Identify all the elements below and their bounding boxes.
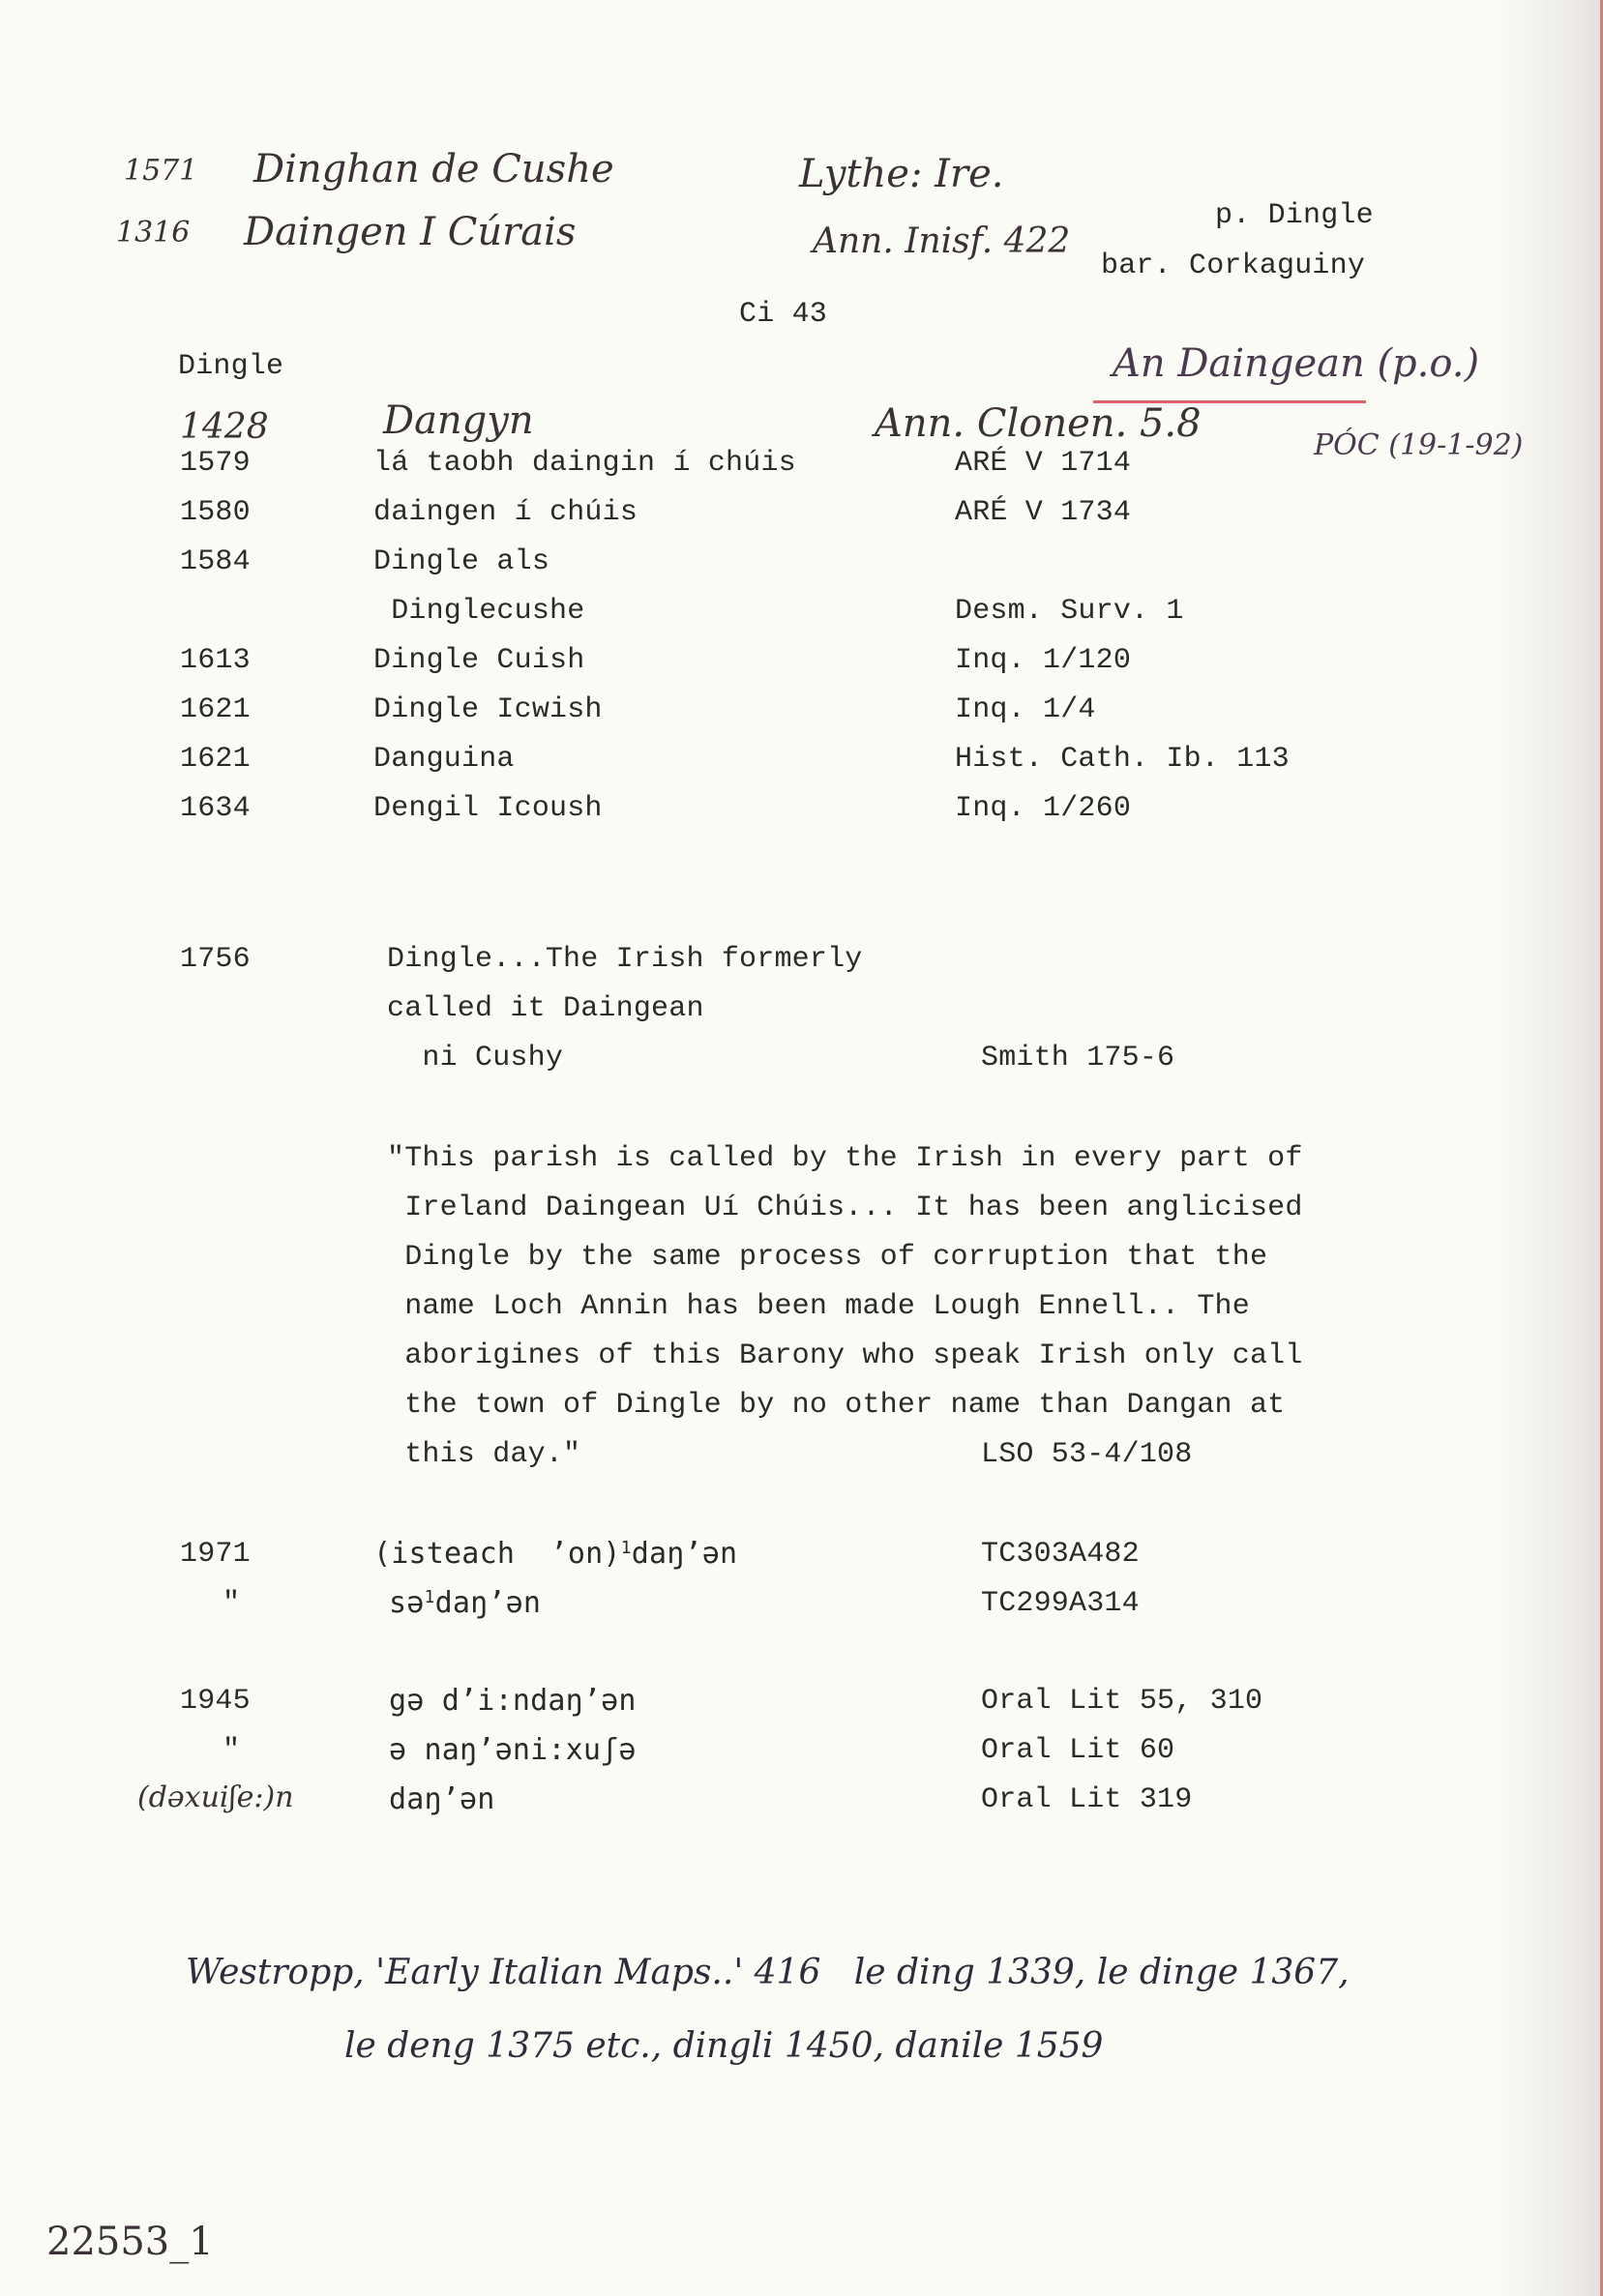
entry-source: Ann. Clonen. 5.8 (875, 404, 1202, 443)
handwritten-footnote-line2: le deng 1375 etc., dingli 1450, danile 1… (344, 2029, 1103, 2064)
phonetic-main: daŋ’ən (632, 1537, 738, 1571)
sheet-number: Ci 43 (739, 300, 827, 329)
parish-label: p. Dingle (1215, 201, 1374, 230)
entry-source: Smith 175-6 (981, 1044, 1174, 1073)
archive-number: 22553_1 (46, 2222, 214, 2261)
entry-year: 1756 (180, 945, 251, 974)
entry-source: Inq. 1/260 (955, 794, 1131, 823)
entry-text-line: called it Daingean (387, 994, 704, 1023)
headword: Dingle (178, 352, 283, 381)
quote-line: Ireland Daingean Uí Chúis... It has been… (387, 1193, 1303, 1222)
handwritten-form-1316: Daingen I Cúrais (244, 213, 576, 251)
phonetic-form: daŋ’ən (389, 1785, 495, 1814)
entry-text-line: ni Cushy (387, 1044, 563, 1073)
entry-year: 1634 (180, 794, 251, 823)
entry-year: 1428 (180, 410, 269, 445)
handwritten-phonetic-note: (dəxuiʃe:)n (137, 1783, 294, 1812)
entry-source: TC299A314 (981, 1589, 1140, 1618)
entry-year: 1621 (180, 745, 251, 774)
phonetic-form: ə naŋ’əni:xuʃə (389, 1736, 637, 1765)
phonetic-prefix: sə (389, 1586, 425, 1620)
entry-year: 1613 (180, 646, 251, 675)
handwritten-ref-ann-inisf: Ann. Inisf. 422 (813, 224, 1070, 259)
entry-source: Oral Lit 55, 310 (981, 1687, 1262, 1716)
entry-form: Dingle als (373, 547, 549, 576)
entry-form: Dengil Icoush (373, 794, 603, 823)
entry-year: 1579 (180, 449, 251, 478)
stress-mark: 1 (621, 1538, 632, 1558)
ditto-mark: " (223, 1736, 240, 1765)
handwritten-ref-lythe: Lythe: Ire. (799, 155, 1003, 193)
entry-text-line: Dingle...The Irish formerly (387, 945, 862, 974)
quote-source: LSO 53-4/108 (981, 1440, 1192, 1469)
phonetic-form: sə1daŋ’ən (389, 1589, 541, 1618)
quote-line: "This parish is called by the Irish in e… (387, 1144, 1303, 1173)
entry-year: 1971 (180, 1540, 251, 1569)
entry-source: Desm. Surv. 1 (955, 597, 1184, 626)
entry-form: Dangyn (383, 401, 534, 440)
quote-line: name Loch Annin has been made Lough Enne… (387, 1292, 1250, 1321)
irish-name-annotation: An Daingean (p.o.) (1113, 344, 1479, 383)
phonetic-form: (isteach ’on)1daŋ’ən (373, 1540, 737, 1569)
handwritten-year-1571: 1571 (124, 157, 197, 186)
entry-source: Oral Lit 319 (981, 1785, 1192, 1814)
handwritten-footnote-line1: Westropp, 'Early Italian Maps..' 416 le … (186, 1956, 1350, 1990)
stress-mark: 1 (425, 1587, 435, 1607)
entry-source: ARÉ V 1734 (955, 498, 1131, 527)
entry-year: 1580 (180, 498, 251, 527)
phonetic-form: gə d’i:ndaŋ’ən (389, 1687, 637, 1716)
entry-source: Hist. Cath. Ib. 113 (955, 745, 1290, 774)
entry-form: lá taobh daingin í chúis (373, 449, 796, 478)
quote-line: this day." (387, 1440, 580, 1469)
entry-form: Dingle Cuish (373, 646, 584, 675)
poc-annotation: PÓC (19-1-92) (1314, 431, 1523, 460)
entry-form: daingen í chúis (373, 498, 638, 527)
entry-year: 1621 (180, 695, 251, 724)
entry-source: Oral Lit 60 (981, 1736, 1174, 1765)
entry-year: 1945 (180, 1687, 251, 1716)
entry-form: Danguina (373, 745, 515, 774)
entry-source: Inq. 1/4 (955, 695, 1096, 724)
entry-year: 1584 (180, 547, 251, 576)
quote-line: Dingle by the same process of corruption… (387, 1243, 1267, 1272)
entry-form: Dingle Icwish (373, 695, 603, 724)
ditto-mark: " (223, 1589, 240, 1618)
phonetic-main: daŋ’ən (435, 1586, 542, 1620)
entry-source: TC303A482 (981, 1540, 1140, 1569)
handwritten-year-1316: 1316 (116, 219, 190, 248)
quote-line: aborigines of this Barony who speak Iris… (387, 1341, 1303, 1370)
phonetic-prefix: (isteach ’on) (373, 1537, 621, 1571)
entry-source: Inq. 1/120 (955, 646, 1131, 675)
entry-source: ARÉ V 1714 (955, 449, 1131, 478)
quote-line: the town of Dingle by no other name than… (387, 1391, 1285, 1420)
barony-label: bar. Corkaguiny (1101, 251, 1365, 280)
handwritten-form-1571: Dinghan de Cushe (253, 150, 614, 189)
entry-form: Dinglecushe (373, 597, 584, 626)
